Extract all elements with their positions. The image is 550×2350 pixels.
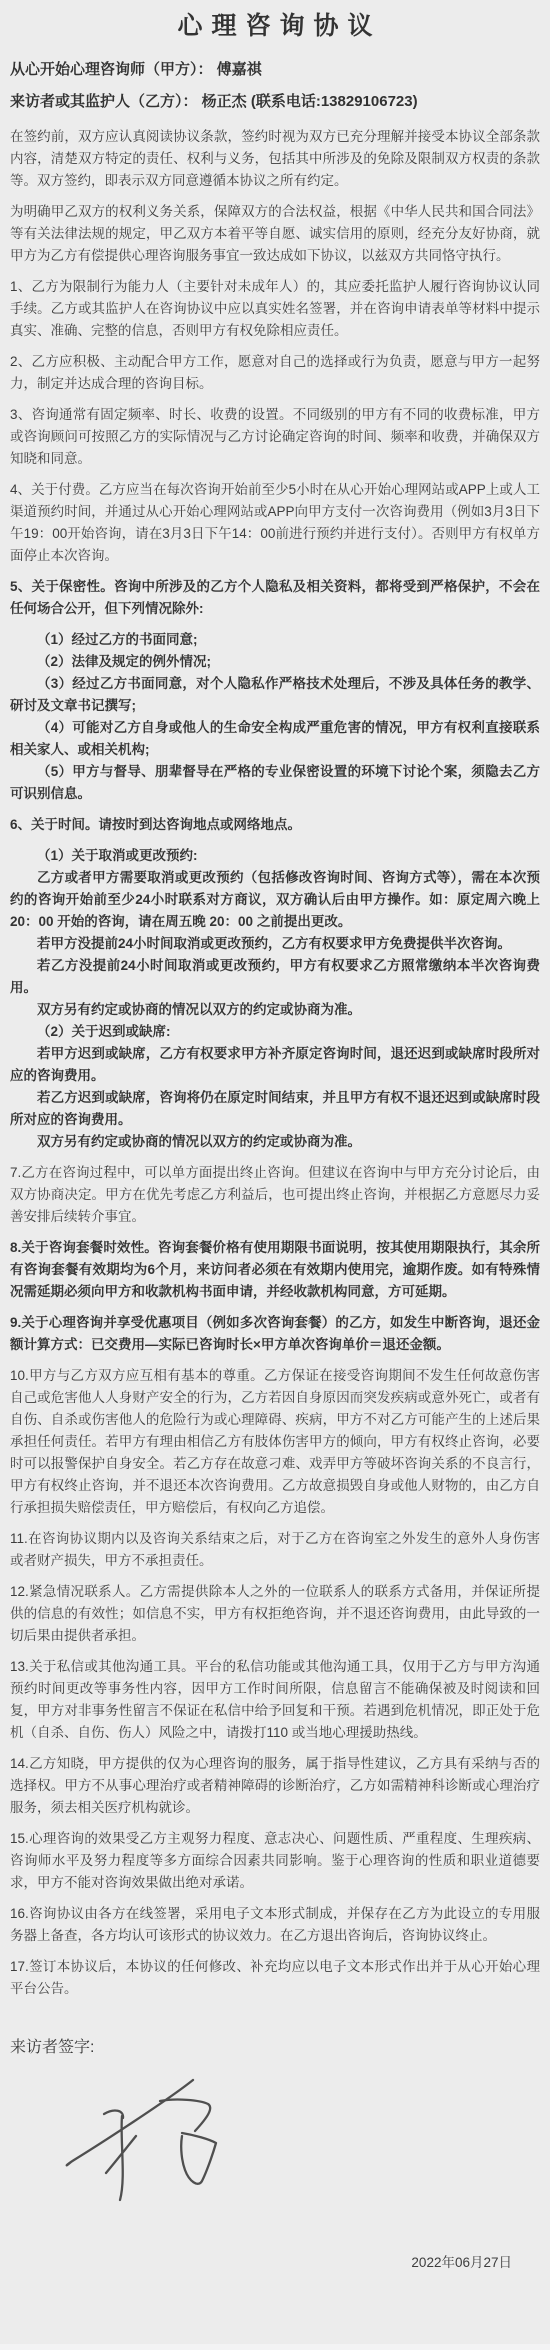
agreement-paragraph: 13.关于私信或其他沟通工具。平台的私信功能或其他沟通工具，仅用于乙方与甲方沟通… — [10, 1656, 540, 1744]
agreement-paragraph: （2）法律及规定的例外情况; — [10, 651, 540, 673]
agreement-paragraph: 双方另有约定或协商的情况以双方的约定或协商为准。 — [10, 999, 540, 1021]
handwritten-signature — [56, 2074, 540, 2206]
agreement-paragraph: 7.乙方在咨询过程中，可以单方面提出终止咨询。但建议在咨询中与甲方充分讨论后，由… — [10, 1162, 540, 1228]
agreement-paragraph: 5、关于保密性。咨询中所涉及的乙方个人隐私及相关资料，都将受到严格保护，不会在任… — [10, 576, 540, 620]
agreement-paragraph: 若乙方迟到或缺席，咨询将仍在原定时间结束，并且甲方有权不退还迟到或缺席时段所对应… — [10, 1087, 540, 1131]
agreement-paragraph: （2）关于迟到或缺席: — [10, 1021, 540, 1043]
agreement-paragraph: （1）关于取消或更改预约: — [10, 845, 540, 867]
visitor-signature-label: 来访者签字: — [10, 2036, 540, 2060]
agreement-paragraph: 4、关于付费。乙方应当在每次咨询开始前至少5小时在从心开始心理网站或APP上或人… — [10, 479, 540, 567]
agreement-paragraph: 10.甲方与乙方双方应互相有基本的尊重。乙方保证在接受咨询期间不发生任何故意伤害… — [10, 1365, 540, 1519]
page-title: 心理咨询协议 — [10, 8, 540, 44]
agreement-paragraph: 1、乙方为限制行为能力人（主要针对未成年人）的，其应委托监护人履行咨询协议认同手… — [10, 276, 540, 342]
agreement-paragraph: （1）经过乙方的书面同意; — [10, 629, 540, 651]
agreement-paragraph: 12.紧急情况联系人。乙方需提供除本人之外的一位联系人的联系方式备用，并保证所提… — [10, 1581, 540, 1647]
party-a-line: 从心开始心理咨询师（甲方）： 傅嘉祺 — [10, 58, 540, 82]
agreement-paragraph: （5）甲方与督导、朋辈督导在严格的专业保密设置的环境下讨论个案，须隐去乙方可识别… — [10, 761, 540, 805]
agreement-paragraph: 11.在咨询协议期内以及咨询关系结束之后，对于乙方在咨询室之外发生的意外人身伤害… — [10, 1528, 540, 1572]
page-bottom-strip — [0, 2344, 550, 2350]
agreement-body: 在签约前，双方应认真阅读协议条款，签约时视为双方已充分理解并接受本协议全部条款内… — [10, 126, 540, 2000]
agreement-paragraph: （3）经过乙方书面同意，对个人隐私作严格技术处理后，不涉及具体任务的教学、研讨及… — [10, 673, 540, 717]
agreement-paragraph: 若乙方没提前24小时间取消或更改预约，甲方有权要求乙方照常缴纳本半次咨询费用。 — [10, 955, 540, 999]
agreement-paragraph: 15.心理咨询的效果受乙方主观努力程度、意志决心、问题性质、严重程度、生理疾病、… — [10, 1828, 540, 1894]
party-b-line: 来访者或其监护人（乙方）： 杨正杰 (联系电话:13829106723) — [10, 90, 540, 114]
agreement-paragraph: 3、咨询通常有固定频率、时长、收费的设置。不同级别的甲方有不同的收费标准，甲方或… — [10, 404, 540, 470]
agreement-paragraph: （4）可能对乙方自身或他人的生命安全构成严重危害的情况，甲方有权利直接联系相关家… — [10, 717, 540, 761]
agreement-document: 心理咨询协议 从心开始心理咨询师（甲方）： 傅嘉祺 来访者或其监护人（乙方）： … — [0, 0, 550, 2344]
agreement-paragraph: 9.关于心理咨询并享受优惠项目（例如多次咨询套餐）的乙方，如发生中断咨询，退还金… — [10, 1312, 540, 1356]
agreement-paragraph: 2、乙方应积极、主动配合甲方工作，愿意对自己的选择或行为负责，愿意与甲方一起努力… — [10, 351, 540, 395]
agreement-paragraph: 17.签订本协议后，本协议的任何修改、补充均应以电子文本形式作出并于从心开始心理… — [10, 1956, 540, 2000]
agreement-paragraph: 若甲方迟到或缺席，乙方有权要求甲方补齐原定咨询时间，退还迟到或缺席时段所对应的咨… — [10, 1043, 540, 1087]
agreement-paragraph: 双方另有约定或协商的情况以双方的约定或协商为准。 — [10, 1131, 540, 1153]
agreement-paragraph: 16.咨询协议由各方在线签署，采用电子文本形式制成，并保存在乙方为此设立的专用服… — [10, 1903, 540, 1947]
agreement-paragraph: 6、关于时间。请按时到达咨询地点或网络地点。 — [10, 814, 540, 836]
agreement-paragraph: 8.关于咨询套餐时效性。咨询套餐价格有使用期限书面说明，按其使用期限执行，其余所… — [10, 1237, 540, 1303]
agreement-paragraph: 若甲方没提前24小时间取消或更改预约，乙方有权要求甲方免费提供半次咨询。 — [10, 933, 540, 955]
agreement-paragraph: 在签约前，双方应认真阅读协议条款，签约时视为双方已充分理解并接受本协议全部条款内… — [10, 126, 540, 192]
agreement-paragraph: 乙方或者甲方需要取消或更改预约（包括修改咨询时间、咨询方式等），需在本次预约的咨… — [10, 867, 540, 933]
agreement-paragraph: 14.乙方知晓，甲方提供的仅为心理咨询的服务，属于指导性建议，乙方具有采纳与否的… — [10, 1753, 540, 1819]
signature-date: 2022年06月27日 — [10, 2252, 540, 2274]
agreement-paragraph: 为明确甲乙双方的权利义务关系，保障双方的合法权益，根据《中华人民共和国合同法》等… — [10, 201, 540, 267]
signature-scribble-icon — [56, 2074, 236, 2206]
